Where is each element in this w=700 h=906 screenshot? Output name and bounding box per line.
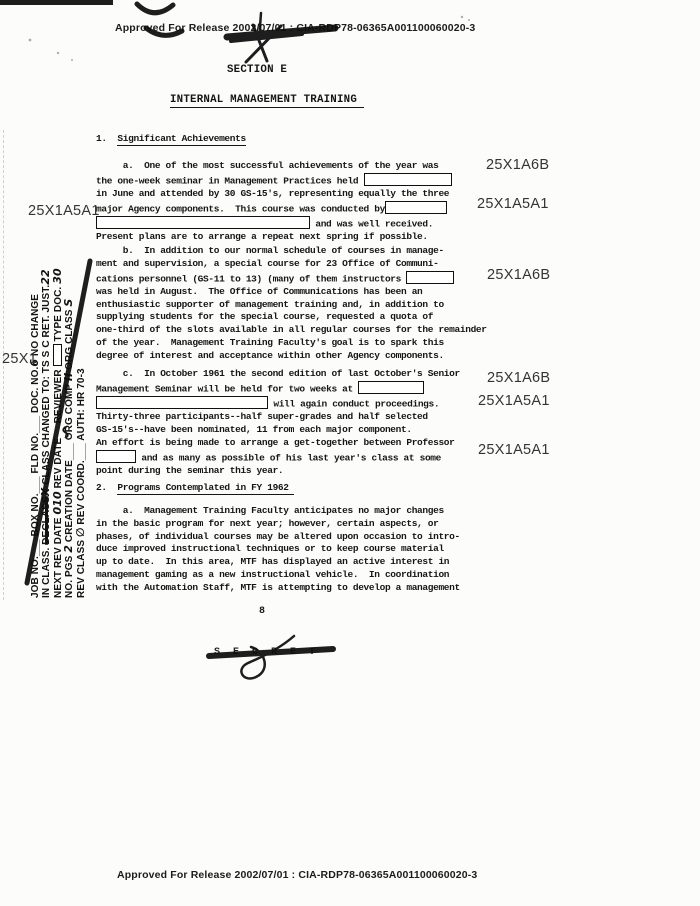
body-line: 2. Programs Contemplated in FY 1962 — [96, 482, 294, 495]
body-line: ment and supervision, a special course f… — [96, 258, 487, 271]
stamp-line: REV CLASS ∅ REV COORD.___ AUTH: HR 70-3 — [76, 262, 87, 598]
text-segment: NO. PGS — [64, 553, 75, 598]
body-line: Management Seminar will be held for two … — [96, 381, 460, 396]
text-segment: REV CLASS — [76, 537, 87, 598]
redaction-box — [364, 173, 452, 186]
redaction-box — [406, 271, 454, 284]
date-strikeout — [231, 34, 302, 41]
text-segment: and was well received. — [310, 219, 433, 230]
text-segment: cations personnel (GS-11 to 13) (many of… — [96, 273, 406, 284]
margin-code: 25X1A5A1 — [478, 393, 550, 409]
underlined-text: Programs Contemplated in FY 1962 — [117, 482, 294, 495]
redaction-box — [358, 381, 424, 394]
handwritten-entry: 30 — [51, 268, 64, 284]
text-segment: of the year. Management Training Faculty… — [96, 337, 444, 348]
heading-1: 1. Significant Achievements — [96, 133, 246, 146]
section-label: SECTION E — [227, 64, 287, 77]
body-line: one-third of the slots available in all … — [96, 324, 487, 337]
redaction-box — [96, 396, 268, 409]
text-segment: was held in August. The Office of Commun… — [96, 286, 422, 297]
text-segment: Management Seminar will be held for two … — [96, 383, 358, 394]
text-segment: will again conduct proceedings. — [268, 399, 439, 410]
margin-code: 25X1A5A1 — [28, 203, 100, 219]
body-line: of the year. Management Training Faculty… — [96, 337, 487, 350]
body-line: GS-15's--have been nominated, 11 from ea… — [96, 424, 460, 437]
redaction-box — [385, 201, 447, 214]
body-line: will again conduct proceedings. — [96, 396, 460, 411]
text-segment: IN CLASS. — [41, 545, 52, 598]
page: Approved For Release 2002/07/01 : CIA-RD… — [0, 0, 700, 906]
text-segment: An effort is being made to arrange a get… — [96, 437, 455, 448]
body-line: major Agency components. This course was… — [96, 201, 452, 216]
header-release-line: Approved For Release 2002/07/01 : CIA-RD… — [115, 22, 475, 34]
text-segment: 1. — [96, 133, 117, 144]
body-line: 1. Significant Achievements — [96, 133, 246, 146]
text-segment: REV COORD.___ AUTH: HR 70-3 — [76, 368, 87, 527]
scan-speck — [29, 39, 32, 42]
text-segment: the one-week seminar in Management Pract… — [96, 175, 364, 186]
stamp-line: IN CLASS. DECLASSX CLASS CHANGED TO: TS … — [41, 262, 52, 598]
body-line: with the Automation Staff, MTF is attemp… — [96, 582, 460, 595]
text-segment: b. In addition to our normal schedule of… — [96, 245, 444, 256]
text-segment: NO CHANGE — [30, 294, 41, 359]
text-segment: a. One of the most successful achievemen… — [96, 160, 438, 171]
declassification-review-stamp: JOB NO.___ BOX NO.___ FLD NO.___ DOC. NO… — [30, 262, 87, 598]
stamp-line: JOB NO.___ BOX NO.___ FLD NO.___ DOC. NO… — [30, 262, 41, 598]
scan-speck — [57, 52, 59, 54]
heading-2: 2. Programs Contemplated in FY 1962 — [96, 482, 294, 495]
text-segment: NEXT REV DATE — [53, 515, 64, 598]
struck-classification-word: SECRET — [214, 647, 328, 658]
redaction-box — [53, 344, 62, 366]
underlined-text: INTERNAL MANAGEMENT TRAINING — [170, 94, 364, 108]
body-line: and as many as possible of his last year… — [96, 450, 460, 465]
document-title: INTERNAL MANAGEMENT TRAINING — [170, 94, 364, 107]
text-segment: in the basic program for next year; howe… — [96, 518, 438, 529]
underlined-text: Significant Achievements — [117, 133, 245, 146]
text-segment: CREATION DATE___ ORG COMP — [64, 381, 75, 545]
paragraph-1c: c. In October 1961 the second edition of… — [96, 368, 460, 478]
text-segment: phases, of individual courses may be alt… — [96, 531, 460, 542]
body-line: supplying students for the special cours… — [96, 311, 487, 324]
body-line: An effort is being made to arrange a get… — [96, 437, 460, 450]
redaction-box — [96, 450, 136, 463]
text-segment: one-third of the slots available in all … — [96, 324, 487, 335]
text-segment: and as many as possible of his last year… — [136, 452, 441, 463]
paragraph-1a: a. One of the most successful achievemen… — [96, 160, 452, 244]
margin-code: 25X1A6B — [487, 267, 550, 283]
body-line: the one-week seminar in Management Pract… — [96, 173, 452, 188]
body-line: in June and attended by 30 GS-15's, repr… — [96, 188, 452, 201]
margin-code: 25X1A6B — [486, 157, 549, 173]
pen-curve-mark — [137, 4, 173, 13]
body-line: enthusiastic supporter of management tra… — [96, 299, 487, 312]
text-segment: 2. — [96, 482, 117, 493]
body-line: management gaming as a new instructional… — [96, 569, 460, 582]
body-line: in the basic program for next year; howe… — [96, 518, 460, 531]
text-segment: major Agency components. This course was… — [96, 203, 385, 214]
footer-release-line: Approved For Release 2002/07/01 : CIA-RD… — [117, 869, 477, 881]
text-segment: enthusiastic supporter of management tra… — [96, 299, 444, 310]
text-segment: management gaming as a new instructional… — [96, 569, 449, 580]
text-segment: c. In October 1961 the second edition of… — [96, 368, 460, 379]
handwritten-entry: 2 — [62, 545, 75, 553]
text-segment: a. Management Training Faculty anticipat… — [96, 505, 444, 516]
handwritten-entry: ∅ — [74, 527, 87, 537]
scan-speck — [461, 16, 463, 18]
text-segment: SECTION E — [227, 64, 287, 76]
margin-code: 25X1A5A1 — [477, 196, 549, 212]
body-line: b. In addition to our normal schedule of… — [96, 245, 487, 258]
text-segment: ment and supervision, a special course f… — [96, 258, 438, 269]
handwritten-entry: 010 — [51, 491, 64, 514]
body-line: and was well received. — [96, 216, 452, 231]
stamp-line: NO. PGS 2 CREATION DATE___ ORG COMP II O… — [64, 262, 75, 598]
body-line: a. Management Training Faculty anticipat… — [96, 505, 460, 518]
body-line: SECTION E — [227, 64, 287, 77]
text-segment: point during the seminar this year. — [96, 465, 283, 476]
text-segment: Thirty-three participants--half super-gr… — [96, 411, 428, 422]
handwritten-entry: II — [62, 373, 75, 381]
body-line: phases, of individual courses may be alt… — [96, 531, 460, 544]
text-segment: CLASS CHANGED TO: TS S C RET. JUST. — [41, 285, 52, 488]
body-line: point during the seminar this year. — [96, 465, 460, 478]
text-segment: supplying students for the special cours… — [96, 311, 433, 322]
text-segment — [53, 426, 64, 438]
text-segment: JOB NO.___ BOX NO.___ FLD NO.___ DOC. NO… — [30, 367, 41, 598]
text-segment: in June and attended by 30 GS-15's, repr… — [96, 188, 449, 199]
margin-code: 25X1 — [2, 351, 37, 367]
body-line: a. One of the most successful achievemen… — [96, 160, 452, 173]
text-segment: GS-15's--have been nominated, 11 from ea… — [96, 424, 412, 435]
paragraph-2a: a. Management Training Faculty anticipat… — [96, 505, 460, 594]
text-segment: ORG CLASS — [64, 307, 75, 373]
body-line: Thirty-three participants--half super-gr… — [96, 411, 460, 424]
body-line: cations personnel (GS-11 to 13) (many of… — [96, 271, 487, 286]
body-line: degree of interest and acceptance within… — [96, 350, 487, 363]
text-segment: degree of interest and acceptance within… — [96, 350, 444, 361]
scan-speck — [468, 19, 470, 21]
body-line: up to date. In this area, MTF has displa… — [96, 556, 460, 569]
body-line: INTERNAL MANAGEMENT TRAINING — [170, 94, 364, 107]
body-line: duce improved instructional techniques o… — [96, 543, 460, 556]
scan-edge-bar — [0, 0, 113, 5]
text-segment: with the Automation Staff, MTF is attemp… — [96, 582, 460, 593]
text-segment: Present plans are to arrange a repeat ne… — [96, 231, 428, 242]
scan-speck — [71, 59, 73, 61]
text-segment: duce improved instructional techniques o… — [96, 543, 444, 554]
redaction-box — [96, 216, 310, 229]
text-segment: up to date. In this area, MTF has displa… — [96, 556, 449, 567]
body-line: was held in August. The Office of Commun… — [96, 286, 487, 299]
margin-code: 25X1A5A1 — [478, 442, 550, 458]
text-segment: REV DATE — [53, 438, 64, 492]
body-line: c. In October 1961 the second edition of… — [96, 368, 460, 381]
margin-code: 25X1A6B — [487, 370, 550, 386]
text-segment: TYPE DOC. — [53, 284, 64, 345]
page-number: 8 — [259, 606, 265, 617]
body-line: Present plans are to arrange a repeat ne… — [96, 231, 452, 244]
handwritten-entry: S — [62, 299, 75, 307]
paragraph-1b: b. In addition to our normal schedule of… — [96, 245, 487, 362]
